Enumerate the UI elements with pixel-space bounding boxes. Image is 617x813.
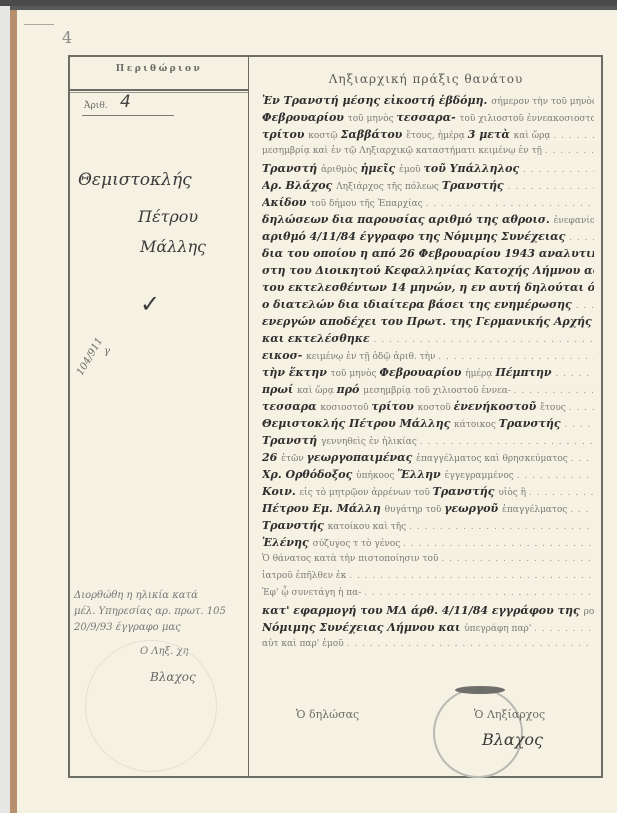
handwritten-entry: Ἑλένης xyxy=(262,536,313,549)
handwritten-entry: Θεμιστοκλής Πέτρου Μάλλης xyxy=(262,417,454,430)
handwritten-entry: τὴν ἕκτην xyxy=(262,366,331,379)
handwritten-entry: τοῦ Υπάλληλος xyxy=(423,162,523,175)
handwritten-entry: Πέμπτην xyxy=(495,366,555,379)
handwritten-entry: 26 xyxy=(262,451,281,464)
printed-text: σύζυγος τ xyxy=(313,539,362,549)
dotted-fill: . . . . . . . . . . . . . . . . . . . . … xyxy=(571,454,594,464)
form-line: τὴν ἕκτην τοῦ μηνὸς Φεβρουαρίου ἡμέρᾳ Πέ… xyxy=(262,364,594,381)
form-line: του εκτελεσθέντων 14 μηνών, η εν αυτή δη… xyxy=(262,279,594,296)
handwritten-entry: Τρανστής xyxy=(499,417,565,430)
form-line: εικοσ- κειμένῳ ἐν τῇ ὁδῷ ἀριθ. τὴν . . .… xyxy=(262,347,594,364)
handwritten-entry: Χρ. Ορθόδοξος xyxy=(262,468,356,481)
dotted-fill: . . . . . . . . . . . . . . . . . . . . … xyxy=(545,146,594,156)
dotted-fill: . . . . . . . . . . . . . . . . . . . . … xyxy=(555,369,594,379)
dotted-fill: . . . . . . . . . . . . . . . . . . . . … xyxy=(564,420,594,430)
handwritten-entry: και εκτελέσθηκε xyxy=(262,332,374,345)
printed-text: ἐτῶν xyxy=(281,454,306,464)
handwritten-entry: τεσσαρα xyxy=(262,400,320,413)
dotted-fill: . . . . . . . . . . . . . . . . . . . . … xyxy=(364,588,594,598)
form-line: Κοιν. εἰς τὸ μητρῷον ἀρρένων τοῦ Τρανστή… xyxy=(262,483,594,500)
printed-text: ἔτους xyxy=(540,403,569,413)
form-line: Χρ. Ορθόδοξος ὑπήκοος Ἕλλην ἐγγεγραμμένο… xyxy=(262,466,594,483)
printed-text: ἔτους, ἡμέρᾳ xyxy=(406,131,468,141)
handwritten-entry: Ἐν Τρανστή μέσης xyxy=(262,94,384,107)
form-line: ἰατροῦ ἐπῆλθεν ἐκ . . . . . . . . . . . … xyxy=(262,568,594,585)
margin-mark: γ xyxy=(104,346,110,357)
printed-text: τοῦ μηνὸς xyxy=(348,114,397,124)
faint-stamp-imprint xyxy=(85,640,217,772)
check-mark-icon: ✓ xyxy=(140,290,160,318)
registrar-signature: Βλαχος xyxy=(482,730,543,749)
record-number-value: 4 xyxy=(120,92,131,112)
printed-text: ἐμοῦ xyxy=(399,165,423,175)
printed-text: τοῦ δήμου xyxy=(310,199,359,209)
printed-text: καὶ παρ' ἐμοῦ xyxy=(281,639,346,649)
printed-text: θυγάτηρ τοῦ xyxy=(385,505,445,515)
form-line: Θεμιστοκλής Πέτρου Μάλλης κάτοικος Τρανσ… xyxy=(262,415,594,432)
printed-text: ἡλικίας xyxy=(382,437,420,447)
printed-text: ἐν xyxy=(369,437,382,447)
dotted-fill: . . . . . . . . . . . . . . . . . . . . … xyxy=(529,488,594,498)
scan-top-edge xyxy=(0,0,617,6)
printed-text: ἐγγεγραμμένος xyxy=(445,471,517,481)
form-line: ο διατελών δια ιδιαίτερα βάσει της ενημέ… xyxy=(262,296,594,313)
handwritten-entry: Πέτρου Εμ. Μάλλη xyxy=(262,502,385,515)
form-line: αὐτ καὶ παρ' ἐμοῦ . . . . . . . . . . . … xyxy=(262,636,594,653)
printed-text: κοσιοστοῦ xyxy=(320,403,371,413)
printed-text: κάτοικος xyxy=(454,420,499,430)
handwritten-entry: κατ' εφαρμογή του ΜΔ άρθ. 4/11/84 εγγράφ… xyxy=(262,604,584,617)
stamp-ink-mark xyxy=(455,686,505,694)
printed-text: κατοίκου xyxy=(328,522,373,532)
form-line: Ἑλένης σύζυγος τ τὸ γένος . . . . . . . … xyxy=(262,534,594,551)
dotted-fill: . . . . . . . . . . . . . . . . . . . . … xyxy=(523,165,594,175)
handwritten-entry: ο διατελών δια ιδιαίτερα βάσει της ενημέ… xyxy=(262,298,576,311)
dotted-fill: . . . . . . . . . . . . . . . . . . . . … xyxy=(507,182,594,192)
form-line: Ἐν Τρανστή μέσης εἰκοστή ἑβδόμη. σήμερον… xyxy=(262,92,594,109)
printed-text: μεσημβρίᾳ καὶ ἐν τῷ Ληξιαρχικῷ καταστήμα… xyxy=(262,146,545,156)
printed-text: εἰς τὸ μητρῷον ἀρρένων τοῦ xyxy=(300,488,433,498)
handwritten-entry: του εκτελεσθέντων 14 μηνών, η εν αυτή δη… xyxy=(262,281,594,294)
form-line: Τρανστής κατοίκου καὶ τῆς . . . . . . . … xyxy=(262,517,594,534)
form-line: Ὁ θάνατος κατὰ τὴν πιστοποίησιν τοῦ . . … xyxy=(262,551,594,568)
record-number-underline xyxy=(82,115,174,116)
dotted-fill: . . . . . . . . . . . . . . . . . . . . … xyxy=(438,352,594,362)
margin-note-line: 20/9/93 έγγραφο μας xyxy=(74,622,181,633)
printed-text: ἰατροῦ xyxy=(262,571,296,581)
form-line: και εκτελέσθηκε . . . . . . . . . . . . … xyxy=(262,330,594,347)
scan-left-edge xyxy=(0,6,10,813)
dotted-fill: . . . . . . . . . . . . . . . . . . . . … xyxy=(349,571,594,581)
handwritten-entry: Κοιν. xyxy=(262,485,300,498)
handwritten-entry: ἐνενήκοστοῦ xyxy=(454,400,541,413)
page-binding-edge xyxy=(10,10,17,813)
dotted-fill: . . . . . . . . . . . . . . . . . . . . … xyxy=(569,403,594,413)
dotted-fill: . . . . . . . . . . . . . . . . . . . . … xyxy=(409,522,594,532)
form-line: πρωί καὶ ὥρᾳ πρό μεσημβρίᾳ τοῦ χιλιοστοῦ… xyxy=(262,381,594,398)
printed-text: ἐπῆλθεν ἐκ xyxy=(296,571,350,581)
page-number: 4 xyxy=(62,28,72,47)
form-line: τρίτου κοστῷ Σαββάτου ἔτους, ἡμέρᾳ 3 μετ… xyxy=(262,126,594,143)
handwritten-entry: Τρανστής xyxy=(442,179,508,192)
handwritten-entry: Φεβρουαρίου xyxy=(379,366,465,379)
form-title: Ληξιαρχική πράξις θανάτου xyxy=(249,72,603,86)
dotted-fill: . . . . . . . . . . . . . . . . . . . . … xyxy=(553,131,594,141)
declarant-label: Ὁ δηλώσας xyxy=(296,708,359,721)
dotted-fill: . . . . . . . . . . . . . . . . . . . . … xyxy=(514,386,594,396)
deceased-surname: Μάλλης xyxy=(140,237,206,256)
printed-text: ἀριθ. xyxy=(394,352,420,362)
form-line: Ἐφ' ᾧ συνετάγη ἡ πα- . . . . . . . . . .… xyxy=(262,585,594,602)
form-line: δηλώσεων δια παρουσίας αριθμό της αθροισ… xyxy=(262,211,594,228)
printed-text: Ληξιάρχος τῆς πόλεως xyxy=(336,182,442,192)
printed-text: μεσημβρίᾳ τοῦ χιλιοστοῦ ἐννεα- xyxy=(363,386,514,396)
printed-text: ἐπαγγέλματος xyxy=(502,505,570,515)
dotted-fill: . . . . . . . . . . . . . . . . . . . . … xyxy=(426,199,594,209)
margin-header-divider xyxy=(70,89,248,91)
printed-text: υἱὸς ἢ xyxy=(498,488,529,498)
printed-text: κοστῷ xyxy=(308,131,340,141)
printed-text: ἀριθμὸς xyxy=(321,165,361,175)
printed-text: τοῦ μηνὸς xyxy=(551,97,594,107)
registrar-label: Ὁ Ληξίαρχος xyxy=(474,708,545,721)
printed-text: τῆς Ἐπαρχίας xyxy=(359,199,425,209)
dotted-fill: . . . . . . . . . . . . . . . . . . . . … xyxy=(576,301,594,311)
margin-title: Περιθώριον xyxy=(70,64,248,74)
margin-header-divider-thin xyxy=(70,92,248,93)
form-line: Αρ. Βλάχος Ληξιάρχος τῆς πόλεως Τρανστής… xyxy=(262,177,594,194)
form-line: στη του Διοικητού Κεφαλληνίας Κατοχής Λή… xyxy=(262,262,594,279)
form-line: 26 ἐτῶν γεωργοπαιμένας ἐπαγγέλματος καὶ … xyxy=(262,449,594,466)
handwritten-entry: Νόμιμης Συνέχειας Λήμνου και xyxy=(262,621,464,634)
handwritten-entry: Τρανστής xyxy=(262,519,328,532)
dotted-fill: . . . . . . . . . . . . . . . . . . . . … xyxy=(570,505,594,515)
printed-text: ρουσα, xyxy=(584,607,594,617)
handwritten-entry: Τρανστή xyxy=(262,434,321,447)
handwritten-entry: στη του Διοικητού Κεφαλληνίας Κατοχής Λή… xyxy=(262,264,594,277)
form-line: Τρανστή γεννηθεὶς ἐν ἡλικίας . . . . . .… xyxy=(262,432,594,449)
handwritten-entry: δηλώσεων δια παρουσίας αριθμό της αθροισ… xyxy=(262,213,554,226)
handwritten-entry: εικοσ- xyxy=(262,349,306,362)
form-line: κατ' εφαρμογή του ΜΔ άρθ. 4/11/84 εγγράφ… xyxy=(262,602,594,619)
form-line: Ακίδου τοῦ δήμου τῆς Ἐπαρχίας . . . . . … xyxy=(262,194,594,211)
handwritten-entry: 3 μετὰ xyxy=(468,128,514,141)
printed-text: ὑπεγράφη παρ' xyxy=(464,624,534,634)
form-line: Φεβρουαρίου τοῦ μηνὸς τεσσαρα- τοῦ χιλιο… xyxy=(262,109,594,126)
printed-text: τὴν xyxy=(420,352,439,362)
dotted-fill: . . . . . . . . . . . . . . . . . . . . … xyxy=(403,539,594,549)
handwritten-entry: Σαββάτου xyxy=(341,128,407,141)
handwritten-entry: Φεβρουαρίου xyxy=(262,111,348,124)
handwritten-entry: Ακίδου xyxy=(262,196,310,209)
margin-note-line: μέλ. Υπηρεσίας αρ. πρωτ. 105 xyxy=(74,606,226,617)
printed-text: καὶ τῆς xyxy=(373,522,409,532)
printed-text: τὸ γένος xyxy=(361,539,403,549)
column-divider xyxy=(248,55,249,778)
dotted-fill: . . . . . . . . . . . . . . . . . . . . … xyxy=(441,554,594,564)
form-line: μεσημβρίᾳ καὶ ἐν τῷ Ληξιαρχικῷ καταστήμα… xyxy=(262,143,594,160)
handwritten-entry: γεωργοπαιμένας xyxy=(307,451,417,464)
printed-text: Ἐφ' ᾧ συνετάγη ἡ πα- xyxy=(262,588,364,598)
printed-text: ἐνεφανίσθη xyxy=(554,216,594,226)
handwritten-entry: Τρανστής xyxy=(433,485,499,498)
form-line: δια του οποίου η από 26 Φεβρουαρίου 1943… xyxy=(262,245,594,262)
printed-text: καὶ ὥρᾳ xyxy=(514,131,554,141)
printed-text: καὶ ὥρᾳ xyxy=(297,386,337,396)
form-line: ενεργών αποδέχει του Πρωτ. της Γερμανική… xyxy=(262,313,594,330)
handwritten-entry: ἡμεῖς xyxy=(360,162,399,175)
printed-text: ὑπήκοος xyxy=(356,471,397,481)
dotted-fill: . . . . . . . . . . . . . . . . . . . . … xyxy=(374,335,595,345)
handwritten-entry: πρό xyxy=(337,383,364,396)
handwritten-entry: πρωί xyxy=(262,383,297,396)
form-line: Τρανστή ἀριθμὸς ἡμεῖς ἐμοῦ τοῦ Υπάλληλος… xyxy=(262,160,594,177)
handwritten-entry: Ἕλλην xyxy=(397,468,444,481)
form-line: Νόμιμης Συνέχειας Λήμνου και ὑπεγράφη πα… xyxy=(262,619,594,636)
handwritten-entry: Τρανστή xyxy=(262,162,321,175)
handwritten-entry: αριθμό 4/11/84 έγγραφο της Νόμιμης Συνέχ… xyxy=(262,230,569,243)
form-line: τεσσαρα κοσιοστοῦ τρίτου κοστοῦ ἐνενήκοσ… xyxy=(262,398,594,415)
printed-text: ἐπαγγέλματος xyxy=(416,454,484,464)
handwritten-entry: τεσσαρα- xyxy=(397,111,460,124)
handwritten-entry: τρίτου xyxy=(371,400,417,413)
handwritten-entry: γεωργοῦ xyxy=(444,502,502,515)
printed-text: ἐν τῇ ὁδῷ xyxy=(346,352,393,362)
form-line: Πέτρου Εμ. Μάλλη θυγάτηρ τοῦ γεωργοῦ ἐπα… xyxy=(262,500,594,517)
pencil-dash xyxy=(24,24,54,25)
deceased-father-name: Πέτρου xyxy=(138,207,198,226)
deceased-first-name: Θεμιστοκλής xyxy=(78,170,192,190)
dotted-fill: . . . . . . . . . . . . . . . . . . . . … xyxy=(420,437,594,447)
dotted-fill: . . . . . . . . . . . . . . . . . . . . … xyxy=(534,624,594,634)
dotted-fill: . . . . . . . . . . . . . . . . . . . . … xyxy=(347,639,594,649)
form-line: αριθμό 4/11/84 έγγραφο της Νόμιμης Συνέχ… xyxy=(262,228,594,245)
printed-text: αὐτ xyxy=(262,639,281,649)
printed-text: καὶ θρησκεύματος xyxy=(484,454,570,464)
dotted-fill: . . . . . . . . . . . . . . . . . . . . … xyxy=(569,233,594,243)
printed-text: τοῦ χιλιοστοῦ ἐννεακοσιοστοῦ xyxy=(459,114,594,124)
handwritten-entry: ενεργών αποδέχει του Πρωτ. της Γερμανική… xyxy=(262,315,594,328)
printed-text: γεννηθεὶς xyxy=(321,437,369,447)
printed-text: σήμερον τὴν xyxy=(491,97,551,107)
margin-note-line: Διορθώθη η ηλικία κατά xyxy=(74,590,198,601)
dotted-fill: . . . . . . . . . . . . . . . . . . . . … xyxy=(517,471,594,481)
printed-text: Ὁ θάνατος κατὰ τὴν πιστοποίησιν τοῦ xyxy=(262,554,441,564)
handwritten-entry: δια του οποίου η από 26 Φεβρουαρίου 1943… xyxy=(262,247,594,260)
record-number-label: Ἀριθ. xyxy=(84,101,108,111)
printed-text: κοστοῦ xyxy=(418,403,454,413)
printed-text: ἡμέρᾳ xyxy=(465,369,495,379)
handwritten-entry: Αρ. Βλάχος xyxy=(262,179,336,192)
handwritten-entry: τρίτου xyxy=(262,128,308,141)
printed-text: τοῦ μηνὸς xyxy=(331,369,380,379)
handwritten-entry: εἰκοστή ἑβδόμη. xyxy=(384,94,491,107)
printed-text: κειμένῳ xyxy=(306,352,346,362)
